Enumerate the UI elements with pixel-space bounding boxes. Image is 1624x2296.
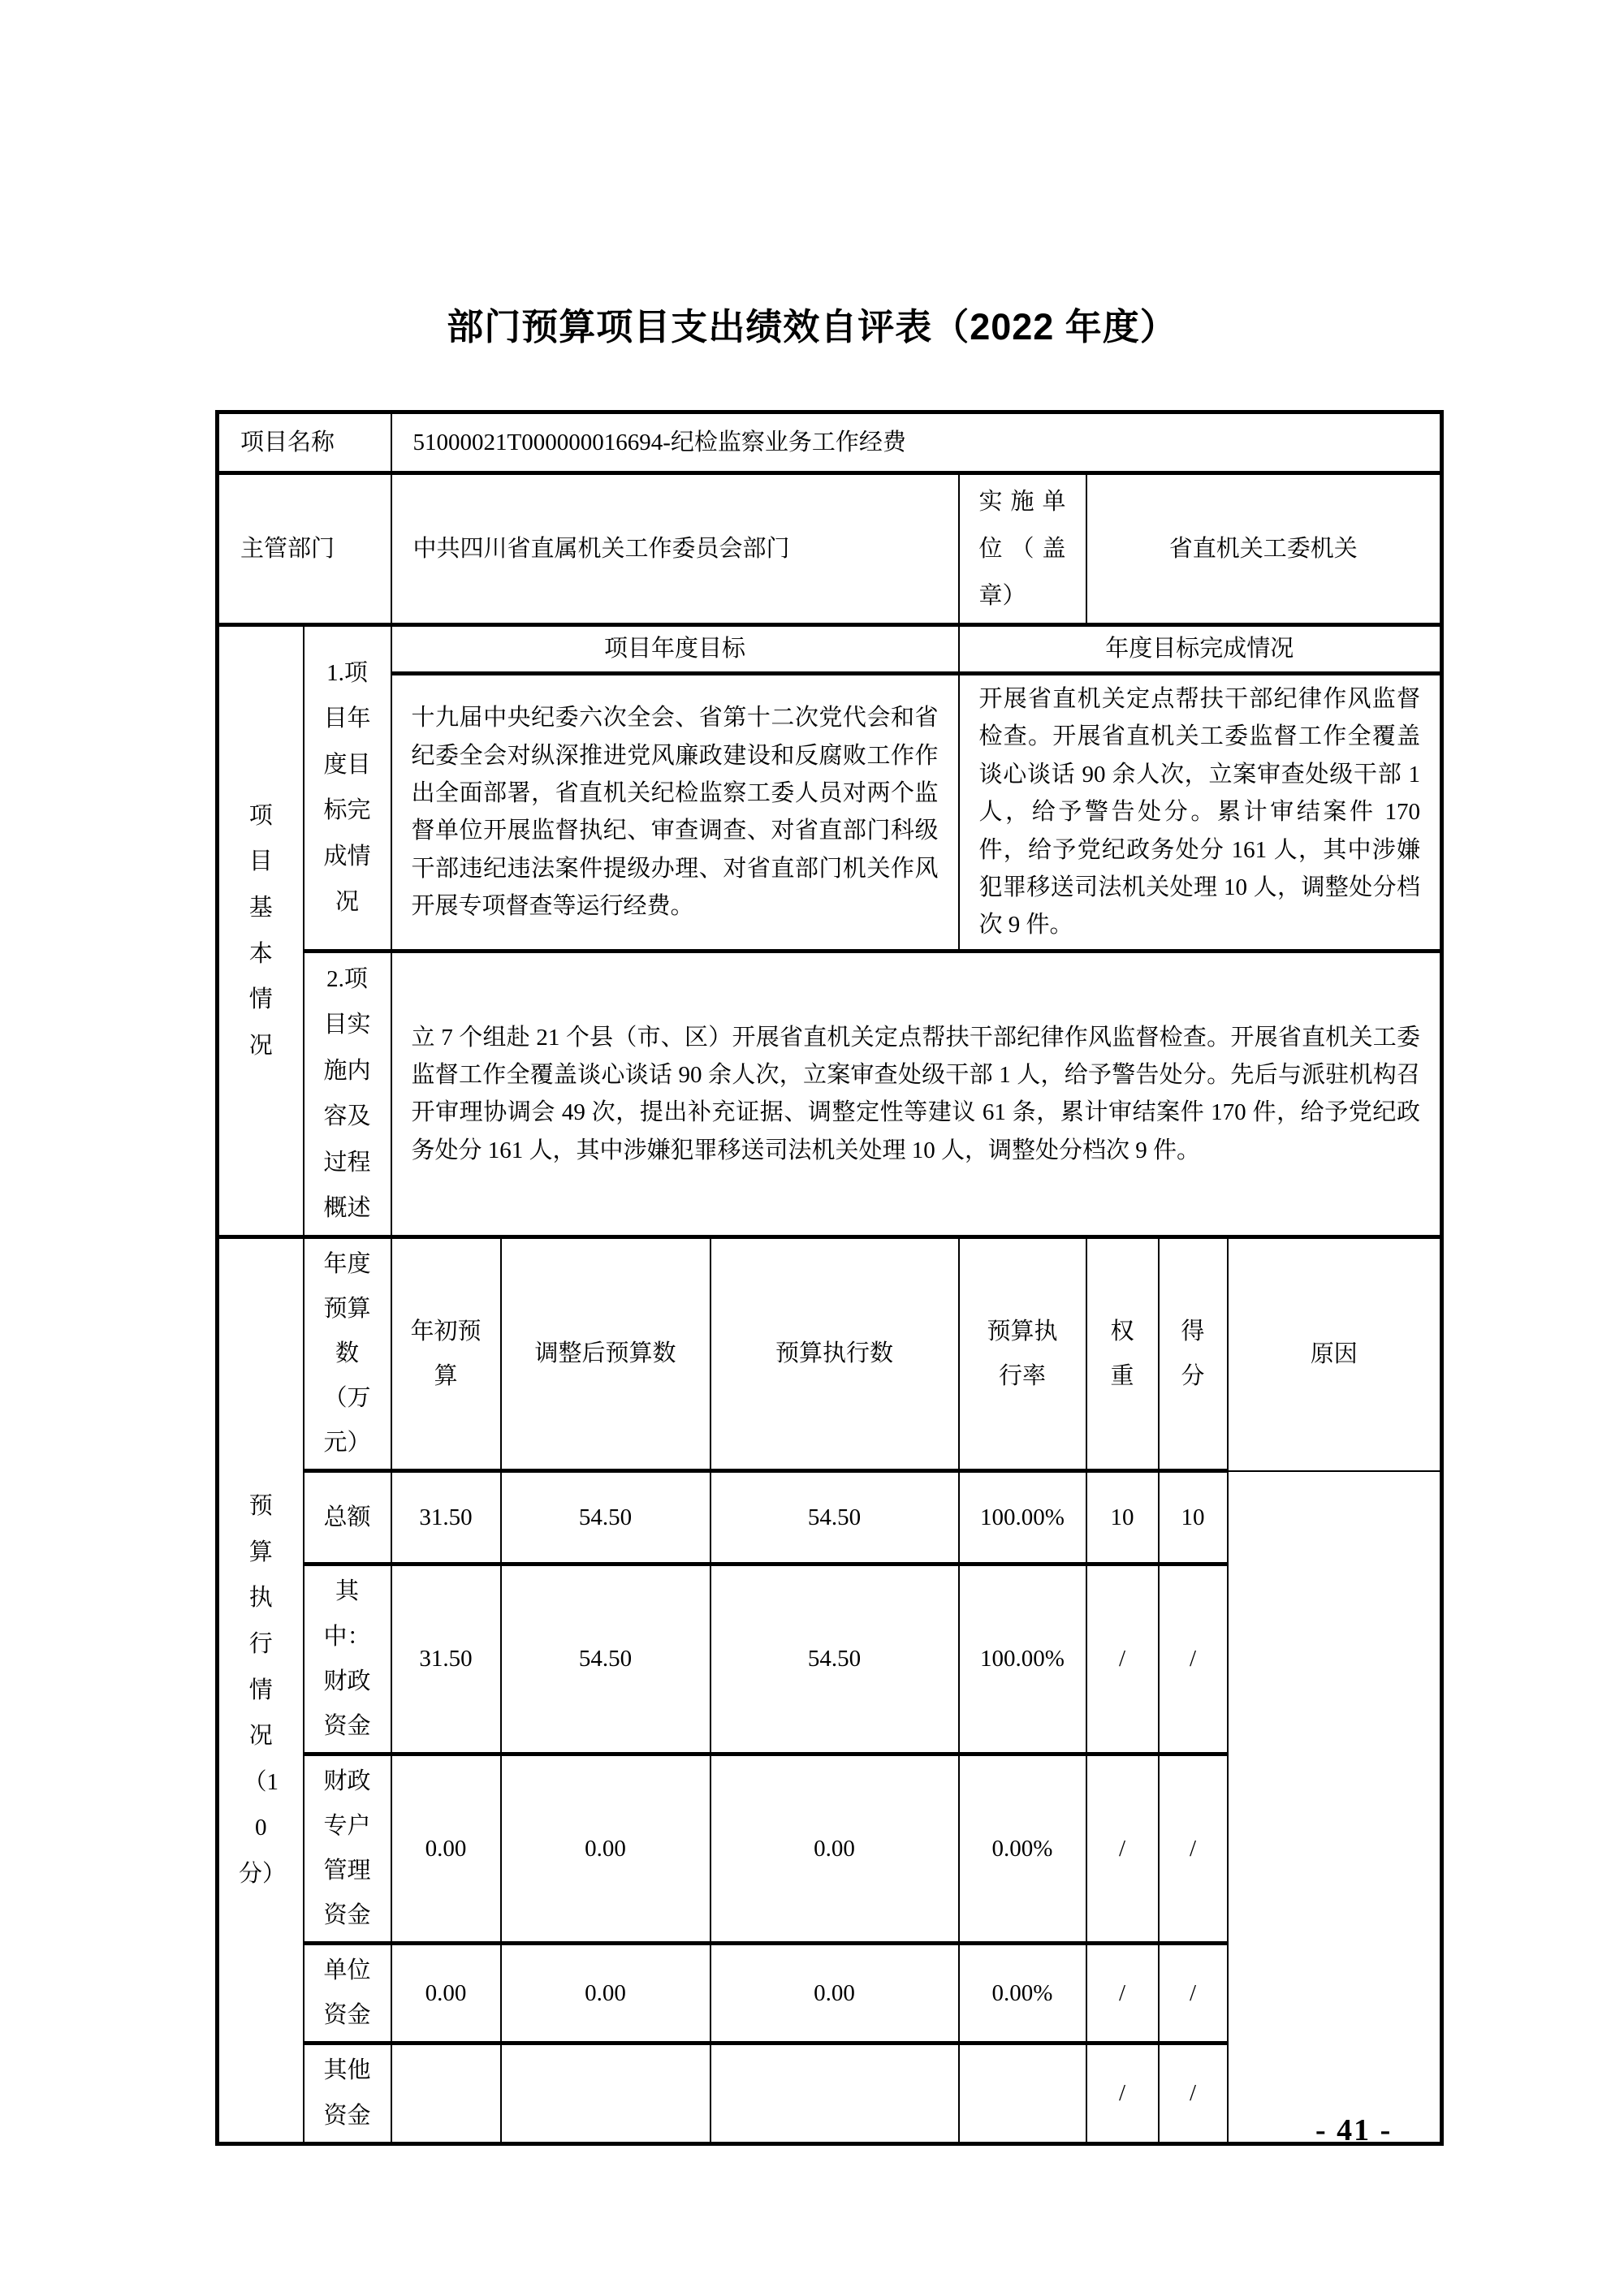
- project-name-row: 项目名称 51000021T000000016694-纪检监察业务工作经费: [218, 412, 1442, 473]
- goal-header-completion: 年度目标完成情况: [959, 625, 1442, 674]
- implementation-row: 2.项目实施内容及过程概述 立 7 个组赴 21 个县（市、区）开展省直机关定点…: [218, 951, 1442, 1236]
- budget-cell-initial: 0.00: [391, 1944, 501, 2044]
- budget-cell-executed: 54.50: [710, 1471, 959, 1564]
- goal-header-annual: 项目年度目标: [391, 625, 959, 674]
- document-page: 部门预算项目支出绩效自评表（2022 年度） 项目名称 51000021T000…: [0, 0, 1624, 2296]
- budget-cell-initial: 31.50: [391, 1471, 501, 1564]
- project-name-label: 项目名称: [218, 412, 391, 473]
- budget-header-reason: 原因: [1228, 1237, 1442, 1471]
- impl-item-label: 2.项目实施内容及过程概述: [304, 951, 391, 1236]
- budget-cell-weight: /: [1086, 1564, 1159, 1754]
- page-number: - 41 -: [1315, 2113, 1392, 2148]
- project-name-value: 51000021T000000016694-纪检监察业务工作经费: [391, 412, 1442, 473]
- budget-header-rate: 预算执行率: [959, 1237, 1086, 1471]
- budget-row-total: 总额 31.50 54.50 54.50 100.00% 10 10: [218, 1471, 1442, 1564]
- budget-cell-adjusted: 0.00: [501, 1944, 710, 2044]
- budget-cell-score: /: [1159, 1564, 1228, 1754]
- goal-item-label: 1.项目年度目标完成情况: [304, 625, 391, 952]
- budget-cell-adjusted: 0.00: [501, 1754, 710, 1943]
- budget-header-adjusted: 调整后预算数: [501, 1237, 710, 1471]
- competent-dept-label: 主管部门: [218, 473, 391, 625]
- budget-cell-executed: 0.00: [710, 1944, 959, 2044]
- budget-row-label: 单位资金: [304, 1944, 391, 2044]
- budget-cell-adjusted: [501, 2044, 710, 2143]
- goal-completion-text: 开展省直机关定点帮扶干部纪律作风监督检查。开展省直机关工委监督工作全覆盖谈心谈话…: [959, 674, 1442, 952]
- budget-cell-weight: /: [1086, 1944, 1159, 2044]
- budget-reason-cell: [1228, 1471, 1442, 2143]
- budget-cell-score: /: [1159, 2044, 1228, 2143]
- budget-header-initial: 年初预算: [391, 1237, 501, 1471]
- budget-cell-weight: 10: [1086, 1471, 1159, 1564]
- budget-row-label: 总额: [304, 1471, 391, 1564]
- budget-cell-adjusted: 54.50: [501, 1564, 710, 1754]
- budget-section-label: 预算执行情况（10分）: [218, 1237, 304, 2144]
- budget-cell-score: /: [1159, 1944, 1228, 2044]
- budget-cell-executed: 0.00: [710, 1754, 959, 1943]
- goal-annual-text: 十九届中央纪委六次全会、省第十二次党代会和省纪委全会对纵深推进党风廉政建设和反腐…: [391, 674, 959, 952]
- goal-header-row: 项目基本情况 1.项目年度目标完成情况 项目年度目标 年度目标完成情况: [218, 625, 1442, 674]
- budget-header-score: 得分: [1159, 1237, 1228, 1471]
- budget-cell-adjusted: 54.50: [501, 1471, 710, 1564]
- budget-header-annual-budget: 年度预算数（万元）: [304, 1237, 391, 1471]
- impl-unit-value: 省直机关工委机关: [1086, 473, 1442, 625]
- budget-cell-rate: 100.00%: [959, 1471, 1086, 1564]
- budget-cell-weight: /: [1086, 2044, 1159, 2143]
- budget-cell-rate: 0.00%: [959, 1754, 1086, 1943]
- competent-dept-value: 中共四川省直属机关工作委员会部门: [391, 473, 959, 625]
- impl-text: 立 7 个组赴 21 个县（市、区）开展省直机关定点帮扶干部纪律作风监督检查。开…: [391, 951, 1442, 1236]
- self-evaluation-table: 项目名称 51000021T000000016694-纪检监察业务工作经费 主管…: [215, 410, 1444, 2146]
- budget-row-label: 其他资金: [304, 2044, 391, 2143]
- budget-cell-initial: 31.50: [391, 1564, 501, 1754]
- impl-unit-label: 实施单位（盖章）: [959, 473, 1086, 625]
- budget-header-executed: 预算执行数: [710, 1237, 959, 1471]
- budget-row-label: 其中：财政资金: [304, 1564, 391, 1754]
- budget-cell-rate: 0.00%: [959, 1944, 1086, 2044]
- budget-header-weight: 权重: [1086, 1237, 1159, 1471]
- budget-cell-weight: /: [1086, 1754, 1159, 1943]
- page-title: 部门预算项目支出绩效自评表（2022 年度）: [0, 297, 1624, 350]
- budget-cell-executed: 54.50: [710, 1564, 959, 1754]
- budget-cell-initial: 0.00: [391, 1754, 501, 1943]
- budget-cell-score: 10: [1159, 1471, 1228, 1564]
- budget-row-label: 财政专户管理资金: [304, 1754, 391, 1943]
- budget-header-row: 预算执行情况（10分） 年度预算数（万元） 年初预算 调整后预算数 预算执行数 …: [218, 1237, 1442, 1471]
- budget-cell-rate: 100.00%: [959, 1564, 1086, 1754]
- budget-cell-score: /: [1159, 1754, 1228, 1943]
- budget-cell-executed: [710, 2044, 959, 2143]
- basic-info-section-label: 项目基本情况: [218, 625, 304, 1237]
- goal-text-row: 十九届中央纪委六次全会、省第十二次党代会和省纪委全会对纵深推进党风廉政建设和反腐…: [218, 674, 1442, 952]
- budget-cell-rate: [959, 2044, 1086, 2143]
- budget-cell-initial: [391, 2044, 501, 2143]
- competent-dept-row: 主管部门 中共四川省直属机关工作委员会部门 实施单位（盖章） 省直机关工委机关: [218, 473, 1442, 625]
